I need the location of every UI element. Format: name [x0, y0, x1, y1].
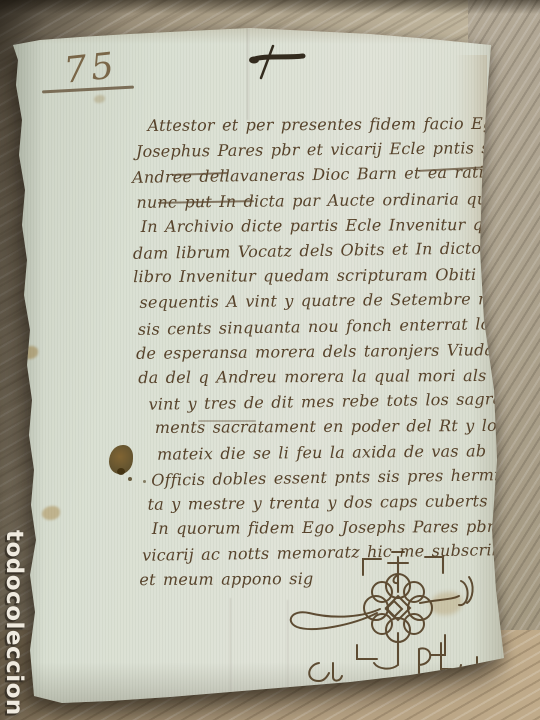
manuscript-line: Attestor et per presentes fidem facio Eg…	[148, 111, 502, 138]
paper-stain	[42, 506, 60, 520]
ink-cross-icon	[240, 40, 320, 85]
manuscript-photo: 75 Attestor et per presentes fidem facio…	[0, 0, 540, 720]
manuscript-paper: 75 Attestor et per presentes fidem facio…	[0, 0, 540, 720]
folio-number: 75	[62, 45, 120, 91]
notarial-sign	[285, 545, 533, 705]
manuscript-line: nunc put In dicta par Aucte ordinaria qu…	[136, 186, 502, 215]
manuscript-text-block: Attestor et per presentes fidem facio Eg…	[130, 110, 507, 593]
manuscript-line: de esperansa morera dels taronjers Viuda…	[136, 337, 504, 366]
fold-crease-bottom-1	[230, 598, 232, 694]
manuscript-line: sis cents sinquanta nou fonch enterrat l…	[138, 311, 504, 342]
paper-stain	[494, 526, 512, 554]
manuscript-line: ments sacratament en poder del Rt y lo	[155, 413, 505, 440]
ink-underline	[198, 420, 256, 422]
manuscript-line: ta y mestre y trenta y dos caps cuberts	[147, 488, 505, 517]
paper-stain	[94, 95, 105, 103]
paper-sheet-wrap: 75 Attestor et per presentes fidem facio…	[0, 0, 540, 720]
ink-stain-dot	[143, 480, 146, 483]
ink-stain-dot	[128, 477, 132, 481]
ink-stain-dot	[117, 468, 125, 475]
manuscript-line: Officis dobles essent pnts sis pres herm…	[151, 462, 505, 493]
watermark: todocoleccion	[1, 530, 27, 716]
manuscript-line: libro Invenitur quedam scripturam Obiti …	[133, 262, 503, 289]
